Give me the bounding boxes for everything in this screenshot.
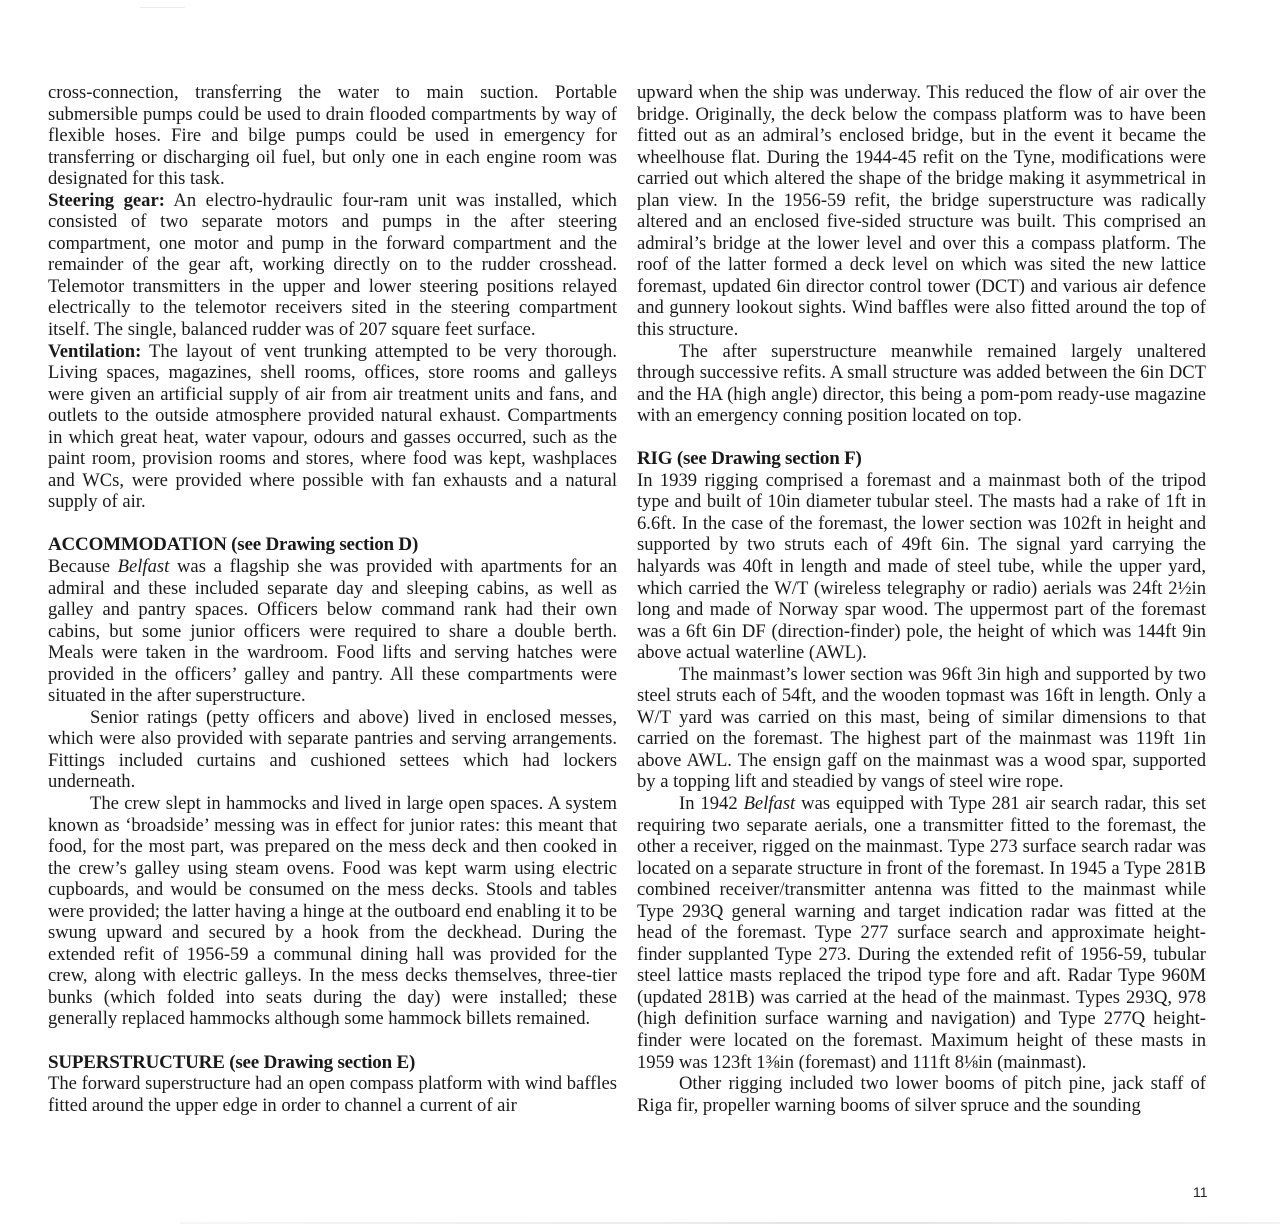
heading-rig: RIG (see Drawing section F) [637, 448, 1206, 470]
paragraph-accommodation-3: The crew slept in hammocks and lived in … [48, 793, 617, 1030]
radar-text-pre: In 1942 [679, 793, 744, 814]
section-gap [637, 427, 1206, 449]
ship-name: Belfast [744, 793, 796, 814]
radar-text-post: was equipped with Type 281 air search ra… [637, 793, 1206, 1073]
page-number: 11 [1193, 1184, 1208, 1200]
paragraph-rig-radar: In 1942 Belfast was equipped with Type 2… [637, 793, 1206, 1073]
paragraph-rig-mainmast: The mainmast’s lower section was 96ft 3i… [637, 664, 1206, 793]
paragraph-steering-gear: Steering gear: An electro-hydraulic four… [48, 190, 617, 341]
paragraph-ventilation: Ventilation: The layout of vent trunking… [48, 341, 617, 513]
left-column: cross-connection, transferring the water… [48, 82, 617, 1116]
paragraph-rig-other: Other rigging included two lower booms o… [637, 1073, 1206, 1116]
paragraph-after-superstructure: The after superstructure meanwhile remai… [637, 341, 1206, 427]
paragraph-accommodation-2: Senior ratings (petty officers and above… [48, 707, 617, 793]
accommodation-text-pre: Because [48, 556, 118, 577]
paragraph-pumps: cross-connection, transferring the water… [48, 82, 617, 190]
paragraph-accommodation-1: Because Belfast was a flagship she was p… [48, 556, 617, 707]
ventilation-text: The layout of vent trunking attempted to… [48, 341, 617, 513]
book-page: cross-connection, transferring the water… [0, 0, 1280, 1229]
paragraph-bridge: upward when the ship was underway. This … [637, 82, 1206, 341]
heading-accommodation: ACCOMMODATION (see Drawing section D) [48, 534, 617, 556]
steering-gear-text: An electro-hydraulic four-ram unit was i… [48, 190, 617, 340]
paragraph-rig-1: In 1939 rigging comprised a foremast and… [637, 470, 1206, 664]
heading-superstructure: SUPERSTRUCTURE (see Drawing section E) [48, 1052, 617, 1074]
ship-name: Belfast [118, 556, 170, 577]
section-gap [48, 1030, 617, 1052]
accommodation-text-post: was a flagship she was provided with apa… [48, 556, 617, 706]
steering-gear-lead: Steering gear: [48, 190, 165, 211]
paragraph-superstructure-1: The forward superstructure had an open c… [48, 1073, 617, 1116]
right-column: upward when the ship was underway. This … [637, 82, 1206, 1116]
scan-artifact-top [140, 7, 185, 8]
ventilation-lead: Ventilation: [48, 341, 141, 362]
section-gap [48, 513, 617, 535]
scan-artifact-bottom [180, 1222, 1280, 1224]
